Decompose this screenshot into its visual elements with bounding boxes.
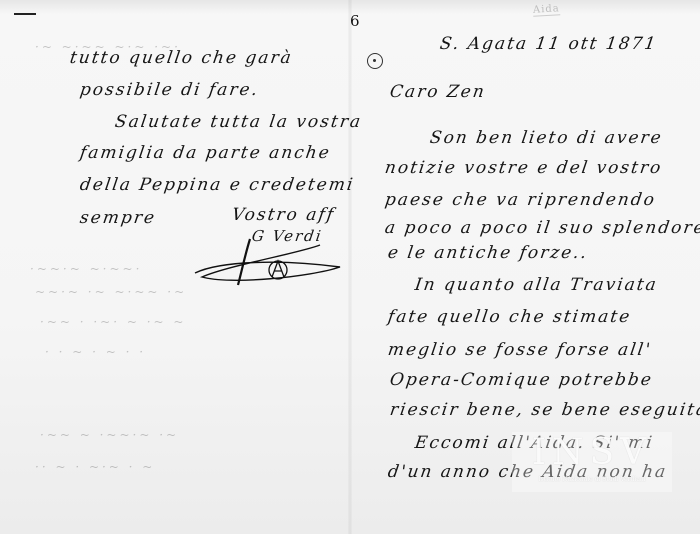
letter-line: e le antiche forze.. — [387, 243, 590, 263]
bleed-through-text: ·· ~ · ~·~ · ~ — [35, 460, 155, 474]
bleed-through-text: ~~·~ ·~ ~·~~ ·~ — [35, 285, 187, 299]
pencil-note: Aida — [533, 3, 560, 16]
bleed-through-text: ·~~ ~ ·~~·~ ·~ — [40, 428, 179, 442]
letter-line: possibile di fare. — [79, 80, 261, 100]
bleed-through-text: ·~~·~ ~·~~· — [30, 262, 142, 276]
letter-line: tutto quello che garà — [69, 48, 295, 68]
dateline: S. Agata 11 ott 1871 — [439, 34, 659, 54]
letter-line: meglio se fosse forse all' — [387, 340, 654, 360]
letter-line: paese che va riprendendo — [384, 190, 658, 210]
bleed-through-text: ·~~ · ·~· ~ ·~ ~ — [40, 315, 186, 329]
letter-line: notizie vostre e del vostro — [384, 158, 664, 178]
letter-line: riescir bene, se bene eseguita. — [389, 400, 700, 420]
letter-line: Son ben lieto di avere — [429, 128, 664, 148]
letter-line: Opera-Comique potrebbe — [389, 370, 655, 390]
watermark-caption: Istituto Nazionale di Studi Verdiani — [512, 476, 672, 483]
stamp-mark-icon — [367, 53, 383, 69]
page-number: 6 — [350, 12, 360, 30]
letter-line: della Peppina e credetemi — [79, 175, 356, 195]
letter-line: sempre — [79, 208, 158, 228]
margin-dash — [14, 13, 36, 15]
signature: G Verdi — [190, 225, 350, 294]
bleed-through-text: · · ~ · ~ · · — [45, 345, 146, 359]
letter-line: a poco a poco il suo splendore — [384, 218, 700, 238]
watermark-logo: INSV — [512, 432, 672, 473]
salutation: Caro Zen — [389, 82, 488, 102]
letter-line: In quanto alla Traviata — [414, 275, 660, 295]
letter-line: famiglia da parte anche — [79, 143, 333, 163]
letter-line: Salutate tutta la vostra — [114, 112, 364, 132]
letter-line: fate quello che stimate — [387, 307, 633, 327]
closing: Vostro aff — [231, 205, 337, 225]
signature-name: G Verdi — [251, 227, 324, 245]
letter-scan: 6 Aida ·~ ~·~~ ~·~ ·~· ·~~·~ ~·~~· ~~·~ … — [0, 0, 700, 534]
watermark: INSV Istituto Nazionale di Studi Verdian… — [512, 432, 672, 492]
